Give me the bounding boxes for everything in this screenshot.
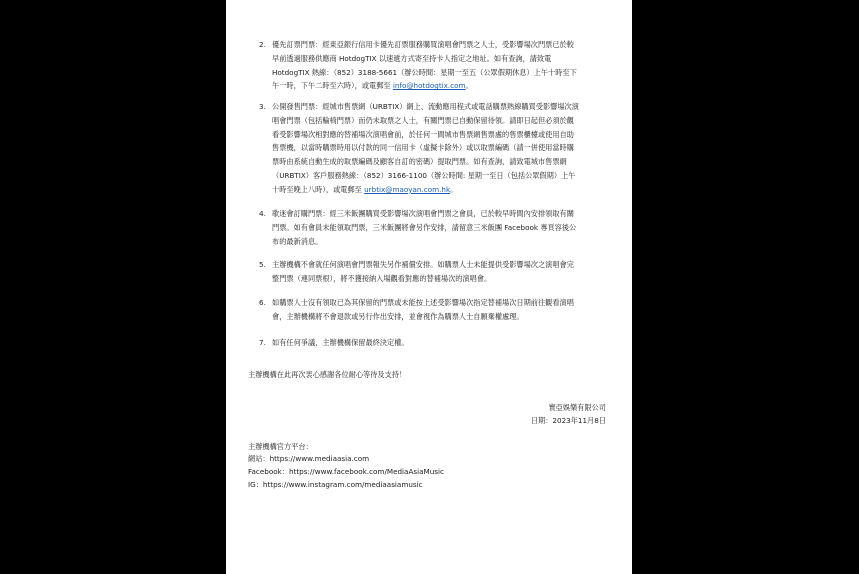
item-number: 4. bbox=[259, 207, 266, 221]
text-line: 主辦機構不會就任何演唱會門票報失另作補償安排。如購票人士未能提供受影響場次之演唱… bbox=[272, 258, 610, 272]
instagram-link[interactable]: IG：https://www.instagram.com/mediaasiamu… bbox=[248, 478, 423, 492]
text-fragment: 十時至晚上八時），或電郵至 bbox=[272, 185, 364, 194]
item-number: 3. bbox=[259, 100, 266, 114]
list-item-lost-ticket: 主辦機構不會就任何演唱會門票報失另作補償安排。如購票人士未能提供受影響場次之演唱… bbox=[272, 258, 610, 286]
website-link[interactable]: 網站：https://www.mediaasia.com bbox=[248, 452, 369, 466]
text-line: HotdogTIX 熱線：（852）3188-5661（辦公時間：星期一至五（公… bbox=[272, 66, 610, 80]
item-number: 7. bbox=[259, 336, 266, 350]
text-line: 票時由系統自動生成的取票編碼及顧客自訂的密碼）提取門票。如有查詢，請致電城市售票… bbox=[272, 155, 610, 169]
email-link-urbtix[interactable]: urbtix@maoyan.com.hk bbox=[364, 185, 450, 194]
document-page: 2. 優先訂票門票：經東亞銀行信用卡優先訂票服務購買演唱會門票之人士，受影響場次… bbox=[226, 0, 632, 574]
text-line: 優先訂票門票：經東亞銀行信用卡優先訂票服務購買演唱會門票之人士，受影響場次門票已… bbox=[272, 38, 610, 52]
item-number: 2. bbox=[259, 38, 266, 52]
text-line: 公開發售門票：經城市售票網（URBTIX）網上、流動應用程式或電話購票熱線購買受… bbox=[272, 100, 610, 114]
item-number: 6. bbox=[259, 296, 266, 310]
thanks-note: 主辦機構在此再次衷心感謝各位耐心等待及支持！ bbox=[248, 368, 406, 382]
text-fragment: 。 bbox=[466, 81, 473, 90]
text-line: 唱會門票（包括輪椅門票）而仍未取票之人士，有關門票已自動保留待領。請即日起但必須… bbox=[272, 114, 610, 128]
text-line: 看受影響場次相對應的替補場次演唱會前，於任何一間城市售票網售票處的售票櫃檯或使用… bbox=[272, 128, 610, 142]
text-line: 午一時，下午二時至六時），或電郵至 info@hotdogtix.com。 bbox=[272, 79, 610, 93]
company-signature: 寰亞娛樂有限公司 bbox=[548, 401, 606, 415]
facebook-link[interactable]: Facebook：https://www.facebook.com/MediaA… bbox=[248, 465, 444, 479]
list-item-priority-booking: 優先訂票門票：經東亞銀行信用卡優先訂票服務購買演唱會門票之人士，受影響場次門票已… bbox=[272, 38, 610, 93]
text-line: 整門票（連同票根），將不獲接納入場觀看對應的替補場次的演唱會。 bbox=[272, 272, 610, 286]
list-item-uncollected: 如購票人士沒有領取已為其保留的門票或未能按上述受影響場次指定替補場次日期前往觀看… bbox=[272, 296, 610, 324]
item-number: 5. bbox=[259, 258, 266, 272]
text-line: 布的最新消息。 bbox=[272, 235, 610, 249]
text-line: 會，主辦機構將不會退款或另行作出安排，並會視作為購票人士自願棄權處理。 bbox=[272, 310, 610, 324]
text-line: （URBTIX）客戶服務熱線：（852）3166-1100（辦公時間: 星期一至… bbox=[272, 169, 610, 183]
text-fragment: 午一時，下午二時至六時），或電郵至 bbox=[272, 81, 393, 90]
text-line: 早前透過服務供應商 HotdogTIX 以速遞方式寄至持卡人指定之地址。如有查詢… bbox=[272, 52, 610, 66]
text-fragment: 。 bbox=[450, 185, 457, 194]
text-line: 歌迷會訂購門票：經三米飯團購買受影響場次演唱會門票之會員，已於較早時間內安排領取… bbox=[272, 207, 610, 221]
text-line: 售票機，以當時購票時用以付款的同一信用卡（虛擬卡除外）或以取票編碼（請一併使用當… bbox=[272, 141, 610, 155]
text-line: 如有任何爭議，主辦機構保留最終決定權。 bbox=[272, 336, 610, 350]
text-line: 十時至晚上八時），或電郵至 urbtix@maoyan.com.hk。 bbox=[272, 183, 610, 197]
issue-date: 日期：2023年11月8日 bbox=[531, 414, 606, 428]
text-line: 如購票人士沒有領取已為其保留的門票或未能按上述受影響場次指定替補場次日期前往觀看… bbox=[272, 296, 610, 310]
email-link-hotdogtix[interactable]: info@hotdogtix.com bbox=[393, 81, 466, 90]
list-item-fanclub: 歌迷會訂購門票：經三米飯團購買受影響場次演唱會門票之會員，已於較早時間內安排領取… bbox=[272, 207, 610, 248]
text-line: 門票。如有會員未能領取門票，三米飯團將會另作安排，請留意三米飯團 Faceboo… bbox=[272, 221, 610, 235]
list-item-public-sale: 公開發售門票：經城市售票網（URBTIX）網上、流動應用程式或電話購票熱線購買受… bbox=[272, 100, 610, 197]
list-item-dispute: 如有任何爭議，主辦機構保留最終決定權。 bbox=[272, 336, 610, 350]
